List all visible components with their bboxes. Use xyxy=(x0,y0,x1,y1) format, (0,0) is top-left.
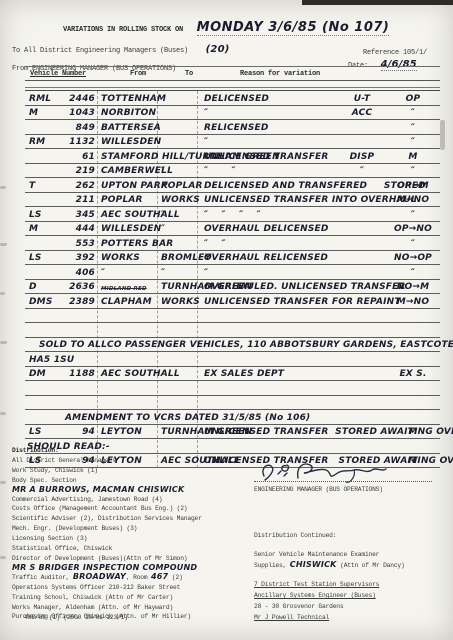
cell-to: ″ xyxy=(161,210,205,220)
typed-text: Supplies, xyxy=(254,562,290,569)
table-row: LS392WORKSBROMLEYOVERHAUL RELICENSEDNO→O… xyxy=(25,251,440,266)
cell-status-2: M xyxy=(389,152,437,162)
cell-to: ″ xyxy=(161,268,205,278)
cell-vehicle-number: 1132 xyxy=(47,137,95,147)
typed-text: Traffic Auditor, xyxy=(12,574,73,581)
cell-vehicle-number: 345 xyxy=(47,210,95,220)
handwritten-text: MR A BURROWS, MACMAN CHISWICK xyxy=(12,485,184,494)
table-note-row: HA5 1SU xyxy=(25,352,440,367)
cell-to: POPLAR xyxy=(161,181,205,191)
cell-from: POTTERS BAR xyxy=(101,239,159,249)
cell-from: UPTON PARK xyxy=(101,181,159,191)
cell-status-2: EX S. xyxy=(389,369,437,379)
handwritten-text: 467 xyxy=(151,572,168,581)
distribution-line: Mech. Engr. (Development Buses) (3) xyxy=(12,523,250,533)
cell-status-2: ″ xyxy=(389,268,437,278)
typed-text: Commercial Advertising, Jamestown Road (… xyxy=(12,496,162,503)
table-header-rule xyxy=(25,81,440,88)
signature-area xyxy=(254,458,446,486)
cell-from: CAMBERWELL xyxy=(101,166,159,176)
cell-status-2: ″ xyxy=(389,123,437,133)
table-row: DM1188AEC SOUTHALLEX SALES DEPTEX S. xyxy=(25,367,440,382)
typed-text: Costs Office (Management Accountant Bus … xyxy=(12,505,187,512)
distribution-line: Ancillary Systems Engineer (Buses) xyxy=(254,589,446,600)
cell-status-2: NO→OP xyxy=(389,253,437,263)
typed-text: Training School, Chiswick (Attn of Mr Ca… xyxy=(12,594,173,601)
table-row: LS345AEC SOUTHALL″″ ″ ″ ″″ xyxy=(25,207,440,222)
cell-to: ″ xyxy=(161,166,205,176)
variations-table-body: RML2446TOTTENHAMDELICENSEDU-TOPM1043NORB… xyxy=(25,90,440,468)
typed-text: All District General Managers xyxy=(12,457,116,464)
table-blank-row xyxy=(25,396,440,411)
typed-text: , Room xyxy=(126,574,151,581)
distribution-line: Costs Office (Management Accountant Bus … xyxy=(12,503,250,513)
distribution-line: Commercial Advertising, Jamestown Road (… xyxy=(12,494,250,504)
signature-block: ENGINEERING MANAGER (BUS OPERATIONS) Dis… xyxy=(254,458,446,622)
table-row: RML2446TOTTENHAMDELICENSEDU-TOP xyxy=(25,91,440,106)
distribution-line: Senior Vehicle Maintenance Examiner xyxy=(254,548,446,559)
cell-status-2: OP→NO xyxy=(389,224,437,234)
cell-status-1: DISP xyxy=(333,152,391,162)
handwritten-text: CHISWICK xyxy=(290,560,337,569)
typed-text: 28 - 30 Grosvenor Gardens xyxy=(254,603,343,610)
scan-artifact-mark xyxy=(0,412,6,415)
note-text: HA5 1SU xyxy=(29,355,74,365)
variations-table: Vehicle Number From To Reason for variat… xyxy=(25,66,440,468)
cell-vehicle-number: 262 xyxy=(47,181,95,191)
cell-vehicle-number: 849 xyxy=(47,123,95,133)
distribution-line: Scientific Adviser (2), Distribution Ser… xyxy=(12,513,250,523)
table-row: 406″″″″ xyxy=(25,265,440,280)
cell-to: ″ xyxy=(161,224,205,234)
distribution-left-list: All District General ManagersWork Study,… xyxy=(12,455,250,621)
table-row: RM1132WILLESDEN″″ xyxy=(25,135,440,150)
distribution-line: Training School, Chiswick (Attn of Mr Ca… xyxy=(12,592,250,602)
scanned-memo-page: { "header": { "title_typed": "VARIATIONS… xyxy=(0,0,453,640)
note-text: AMENDMENT TO VCRS DATED 31/5/85 (No 106) xyxy=(65,413,310,423)
cell-vehicle-number: 444 xyxy=(47,224,95,234)
typed-text: Director of Development (Buses)(Attn of … xyxy=(12,555,187,562)
cell-from: MIDLAND RED xyxy=(101,287,159,292)
cell-status-2: OP xyxy=(389,94,437,104)
typed-text: Works Manager, Aldenham (Attn. of Mr Hay… xyxy=(12,604,173,611)
table-row: 553POTTERS BAR″″ ″″ xyxy=(25,236,440,251)
typed-text: (Attn of Mr Dancy) xyxy=(337,562,405,569)
cell-from: WILLESDEN xyxy=(101,137,159,147)
cell-from: ″ xyxy=(101,268,159,278)
distribution-line: 28 - 30 Grosvenor Gardens xyxy=(254,600,446,611)
table-row: 61STAMFORD HILL/TURNHAM GREENUNLICENSED … xyxy=(25,149,440,164)
scan-artifact-mark xyxy=(0,243,7,246)
distribution-continued-heading: Distribution Continued: xyxy=(254,532,446,540)
distribution-line: Body Spec. Section xyxy=(12,475,250,485)
distribution-line: Statistical Office, Chiswick xyxy=(12,543,250,553)
note-text: SOLD TO ALLCO PASSENGER VEHICLES, 110 AB… xyxy=(39,340,453,350)
scan-artifact-mark xyxy=(0,481,6,484)
to-line: To All District Engineering Managers (Bu… xyxy=(12,39,230,57)
cell-vehicle-number: 94 xyxy=(47,427,95,437)
distribution-line: Works Manager, Aldenham (Attn. of Mr Hay… xyxy=(12,602,250,612)
to-count-handwritten: (20) xyxy=(206,44,230,55)
scan-artifact-mark xyxy=(440,120,445,150)
cell-vehicle-number: 2636 xyxy=(47,282,95,292)
title-typed: VARIATIONS IN ROLLING STOCK ON xyxy=(63,26,183,34)
signature xyxy=(258,458,408,486)
typed-text: 7 District Test Station Supervisors xyxy=(254,581,379,588)
col-from: From xyxy=(130,70,146,78)
typed-text: Statistical Office, Chiswick xyxy=(12,545,112,552)
table-note-row: SOLD TO ALLCO PASSENGER VEHICLES, 110 AB… xyxy=(25,338,440,353)
typed-text: Ancillary Systems Engineer (Buses) xyxy=(254,592,376,599)
cell-status-2: ″ xyxy=(389,137,437,147)
cell-status-2: OP→M xyxy=(389,181,437,191)
cell-vehicle-number: 392 xyxy=(47,253,95,263)
cell-status-2: M xyxy=(389,427,437,437)
title-handwritten: MONDAY 3/6/85 (No 107) xyxy=(197,20,390,36)
cell-vehicle-number: 211 xyxy=(47,195,95,205)
col-to: To xyxy=(185,70,193,78)
distribution-line: Traffic Auditor, BROADWAY, Room 467 (2) xyxy=(12,572,250,582)
cell-status-2: M→NO xyxy=(389,297,437,307)
cell-status-2: M→NO xyxy=(389,195,437,205)
form-code: 403/69 (1) (2500 10/81 123/1) xyxy=(24,614,128,622)
cell-from: NORBITON xyxy=(101,108,159,118)
col-reason: Reason for variation xyxy=(240,70,320,78)
cell-from: TOTTENHAM xyxy=(101,94,159,104)
table-blank-row xyxy=(25,323,440,338)
cell-status-1: ACC xyxy=(333,108,391,118)
page-title: VARIATIONS IN ROLLING STOCK ON MONDAY 3/… xyxy=(63,18,389,36)
table-row: D2636MIDLAND REDTURNHAM GREENOVERHAULED.… xyxy=(25,280,440,295)
table-row: DMS2389CLAPHAMWORKSUNLICENSED TRANSFER F… xyxy=(25,294,440,309)
table-row: LS94LEYTONTURNHAM GREENUNLICENSED TRANSF… xyxy=(25,425,440,440)
cell-status-1: ″ xyxy=(333,166,391,176)
cell-to: TURNHAM GREEN xyxy=(161,282,205,292)
cell-to: WORKS xyxy=(161,195,205,205)
cell-vehicle-number: 2446 xyxy=(47,94,95,104)
typed-text: Operations Systems Officer 210-212 Baker… xyxy=(12,584,180,591)
handwritten-text: BROADWAY xyxy=(73,572,126,581)
cell-to: ″ xyxy=(161,239,205,249)
typed-text: Mech. Engr. (Development Buses) (3) xyxy=(12,525,137,532)
col-vehicle-number: Vehicle Number xyxy=(30,70,86,78)
table-header: Vehicle Number From To Reason for variat… xyxy=(25,66,440,81)
table-row: M444WILLESDEN″OVERHAUL DELICENSEDOP→NO xyxy=(25,222,440,237)
typed-text: Body Spec. Section xyxy=(12,477,76,484)
distribution-line: Director of Development (Buses)(Attn of … xyxy=(12,553,250,563)
signature-title: ENGINEERING MANAGER (BUS OPERATIONS) xyxy=(254,486,446,494)
cell-from: CLAPHAM xyxy=(101,297,159,307)
table-blank-row xyxy=(25,309,440,324)
cell-vehicle-number: 406 xyxy=(47,268,95,278)
scan-artifact-mark xyxy=(0,292,5,295)
cell-vehicle-number: 1188 xyxy=(47,369,95,379)
cell-status-2: ″ xyxy=(389,210,437,220)
distribution-line: Mr J Powell Technical xyxy=(254,611,446,622)
distribution-line: Supplies, CHISWICK (Attn of Mr Dancy) xyxy=(254,559,446,570)
cell-vehicle-number: 553 xyxy=(47,239,95,249)
scan-artifact-mark xyxy=(0,341,7,344)
distribution-line: MR A BURROWS, MACMAN CHISWICK xyxy=(12,485,250,494)
cell-to: WORKS xyxy=(161,297,205,307)
table-note-row: AMENDMENT TO VCRS DATED 31/5/85 (No 106) xyxy=(25,410,440,425)
table-row: 219CAMBERWELL″″ ″″″ xyxy=(25,164,440,179)
cell-from: WILLESDEN xyxy=(101,224,159,234)
cell-status-2: ″ xyxy=(389,166,437,176)
cell-from: AEC SOUTHALL xyxy=(101,210,159,220)
typed-text: Mr J Powell Technical xyxy=(254,614,329,621)
distribution-right-list: Senior Vehicle Maintenance ExaminerSuppl… xyxy=(254,548,446,621)
handwritten-text: MR S BRIDGER INSPECTION COMPOUND xyxy=(12,563,197,572)
scan-artifact-top-bar xyxy=(302,0,453,5)
cell-vehicle-number: 1043 xyxy=(47,108,95,118)
distribution-line: 7 District Test Station Supervisors xyxy=(254,578,446,589)
distribution-line: Licensing Section (3) xyxy=(12,533,250,543)
typed-text: Senior Vehicle Maintenance Examiner xyxy=(254,551,379,558)
cell-from: LEYTON xyxy=(101,427,159,437)
cell-status-2: ″ xyxy=(389,108,437,118)
distribution-line: Work Study, Chiswick (1) xyxy=(12,465,250,475)
scan-artifact-mark xyxy=(0,556,6,559)
cell-vehicle-number: 2389 xyxy=(47,297,95,307)
table-blank-row xyxy=(25,381,440,396)
table-row: M1043NORBITON″ACC″ xyxy=(25,106,440,121)
cell-to: TURNHAM GREEN xyxy=(161,427,205,437)
cell-from: WORKS xyxy=(101,253,159,263)
cell-from: BATTERSEA xyxy=(101,123,159,133)
typed-text: Licensing Section (3) xyxy=(12,535,87,542)
to-typed: To All District Engineering Managers (Bu… xyxy=(12,47,188,55)
cell-to: BROMLEY xyxy=(161,253,205,263)
typed-text: (2) xyxy=(168,574,182,581)
scan-artifact-mark xyxy=(0,186,6,189)
cell-vehicle-number: 61 xyxy=(47,152,95,162)
cell-from: AEC SOUTHALL xyxy=(101,369,159,379)
distribution-line: MR S BRIDGER INSPECTION COMPOUND xyxy=(12,563,250,572)
table-row: 849BATTERSEARELICENSED″ xyxy=(25,120,440,135)
cell-from: POPLAR xyxy=(101,195,159,205)
cell-status-2: ″ xyxy=(389,239,437,249)
typed-text: Scientific Adviser (2), Distribution Ser… xyxy=(12,515,202,522)
table-row: 211POPLARWORKSUNLICENSED TRANSFER INTO O… xyxy=(25,193,440,208)
typed-text: Work Study, Chiswick (1) xyxy=(12,467,98,474)
distribution-line: Operations Systems Officer 210-212 Baker… xyxy=(12,582,250,592)
distribution-heading: Distribution: xyxy=(12,447,250,455)
distribution-line: All District General Managers xyxy=(12,455,250,465)
distribution-section: Distribution: All District General Manag… xyxy=(12,447,250,621)
table-row: T262UPTON PARKPOPLARDELICENSED AND TRANS… xyxy=(25,178,440,193)
cell-status-2: NO→M xyxy=(389,282,437,292)
cell-status-1: U-T xyxy=(333,94,391,104)
cell-vehicle-number: 219 xyxy=(47,166,95,176)
